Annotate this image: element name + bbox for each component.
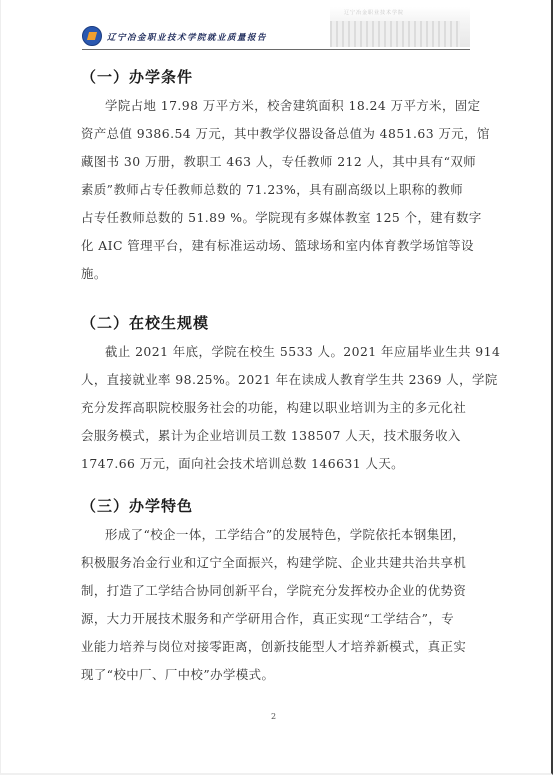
text-line: 充分发挥高职院校服务社会的功能，构建以职业培训为主的多元化社 — [81, 394, 476, 422]
text-line: 截止 2021 年底，学院在校生 5533 人。2021 年应届毕业生共 914 — [81, 338, 476, 366]
header-title: 辽宁冶金职业技术学院就业质量报告 — [107, 31, 267, 43]
text-line: 会服务模式，累计为企业培训员工数 138507 人天，技术服务收入 — [81, 422, 476, 450]
text-line: 积极服务冶金行业和辽宁全面振兴，构建学院、企业共建共治共享机 — [81, 549, 476, 577]
section-body-conditions: 学院占地 17.98 万平方米，校舍建筑面积 18.24 万平方米，固定 资产总… — [81, 92, 476, 288]
text-line: 源，大力开展技术服务和产学研用合作，真正实现“工学结合”，专 — [81, 605, 476, 633]
section-heading-enrollment: （二）在校生规模 — [81, 312, 209, 333]
school-logo-icon — [82, 26, 102, 46]
text-line: 资产总值 9386.54 万元，其中教学仪器设备总值为 4851.63 万元，馆 — [81, 120, 476, 148]
section-heading-conditions: （一）办学条件 — [81, 66, 193, 87]
text-line: 化 AIC 管理平台，建有标准运动场、篮球场和室内体育教学场馆等设 — [81, 232, 476, 260]
text-line: 制，打造了工学结合协同创新平台，学院充分发挥校办企业的优势资 — [81, 577, 476, 605]
text-line: 现了“校中厂、厂中校”办学模式。 — [81, 661, 476, 689]
text-line: 人，直接就业率 98.25%。2021 年在读成人教育学生共 2369 人，学院 — [81, 366, 476, 394]
section-heading-features: （三）办学特色 — [81, 495, 193, 516]
text-line: 素质”教师占专任教师总数的 71.23%，具有副高级以上职称的教师 — [81, 176, 476, 204]
text-line: 占专任教师总数的 51.89 %。学院现有多媒体教室 125 个，建有数字 — [81, 204, 476, 232]
text-line: 形成了“校企一体，工学结合”的发展特色，学院依托本钢集团， — [81, 521, 476, 549]
text-line: 藏图书 30 万册，教职工 463 人，专任教师 212 人，其中具有“双师 — [81, 148, 476, 176]
text-line: 施。 — [81, 260, 476, 288]
text-line: 学院占地 17.98 万平方米，校舍建筑面积 18.24 万平方米，固定 — [81, 92, 476, 120]
page-number: 2 — [271, 712, 276, 721]
campus-building-image: 辽宁冶金职业技术学院 — [330, 7, 470, 47]
document-page: 辽宁冶金职业技术学院就业质量报告 辽宁冶金职业技术学院 （一）办学条件 学院占地… — [0, 0, 553, 775]
building-sign-text: 辽宁冶金职业技术学院 — [344, 9, 404, 16]
text-line: 业能力培养与岗位对接零距离，创新技能型人才培养新模式，真正实 — [81, 633, 476, 661]
text-line: 1747.66 万元，面向社会技术培训总数 146631 人天。 — [81, 450, 476, 478]
section-body-features: 形成了“校企一体，工学结合”的发展特色，学院依托本钢集团， 积极服务冶金行业和辽… — [81, 521, 476, 689]
section-body-enrollment: 截止 2021 年底，学院在校生 5533 人。2021 年应届毕业生共 914… — [81, 338, 476, 478]
header-divider — [82, 49, 470, 50]
page-header: 辽宁冶金职业技术学院就业质量报告 辽宁冶金职业技术学院 — [82, 25, 470, 51]
